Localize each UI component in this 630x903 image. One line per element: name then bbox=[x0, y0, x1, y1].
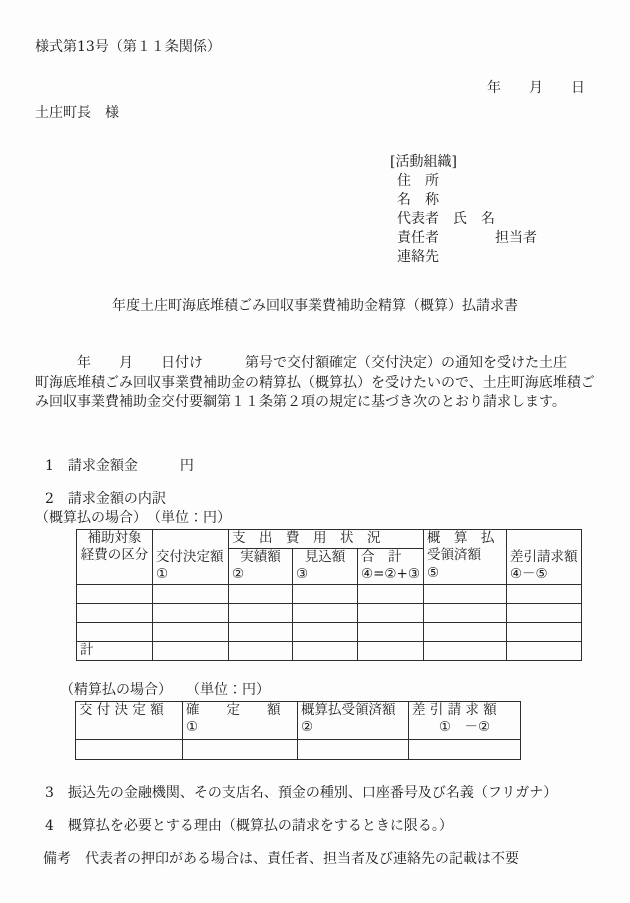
item-4-advance-reason: 4 概算払を必要とする理由（概算払の請求をするときに限る。） bbox=[35, 817, 595, 836]
header2-balance-claim-amount: 差 引 請 求 額① －② bbox=[409, 701, 521, 739]
document-title: 年度土庄町海底堆積ごみ回収事業費補助金精算（概算）払請求書 bbox=[35, 297, 595, 316]
applicant-info-block: [活動組織] 住 所 名 称 代表者 氏 名 責任者 担当者 連絡先 bbox=[390, 153, 595, 267]
addressee: 土庄町長 様 bbox=[35, 104, 595, 123]
total-row-label: 計 bbox=[77, 641, 153, 660]
table-row bbox=[77, 603, 582, 622]
org-line-name: 名 称 bbox=[390, 191, 595, 210]
table1-caption: （概算払の場合） （単位：円） bbox=[35, 509, 595, 527]
org-line-representative: 代表者 氏 名 bbox=[390, 210, 595, 229]
header-actual-amount: 実績額② bbox=[229, 548, 293, 584]
header2-advance-received-amount: 概算払受領済額 ② bbox=[298, 701, 409, 739]
table-row bbox=[77, 622, 582, 641]
date-line: 年 月 日 bbox=[35, 79, 595, 98]
header2-grant-decided-amount: 交 付 決 定 額 bbox=[76, 701, 183, 739]
final-payment-breakdown-table: 交 付 決 定 額 確 定 額 ① 概算払受領済額 ② 差 引 請 求 額① －… bbox=[75, 701, 521, 760]
body-paragraph: 年 月 日付け 第号で交付額確定（交付決定）の通知を受けた土庄 町海底堆積ごみ回… bbox=[35, 354, 595, 413]
org-line-contact: 連絡先 bbox=[390, 248, 595, 267]
form-page: 様式第13号（第１１条関係） 年 月 日 土庄町長 様 [活動組織] 住 所 名… bbox=[0, 0, 630, 903]
table-total-row: 計 bbox=[77, 641, 582, 660]
table2-caption: （精算払の場合） （単位：円） bbox=[35, 681, 595, 699]
item-1-claim-amount: 1 請求金額金 円 bbox=[35, 457, 595, 476]
org-line-manager: 責任者 担当者 bbox=[390, 229, 595, 248]
header2-fixed-amount: 確 定 額 ① bbox=[183, 701, 298, 739]
org-line-address: 住 所 bbox=[390, 172, 595, 191]
header-estimated-amount: 見込額③ bbox=[293, 548, 358, 584]
item-3-bank-info: 3 振込先の金融機関、その支店名、預金の種別、口座番号及び名義（フリガナ） bbox=[35, 784, 595, 803]
header-balance-claim-amount: 差引請求額 ④－⑤ bbox=[506, 529, 581, 584]
table-row bbox=[77, 584, 582, 603]
form-number: 様式第13号（第１１条関係） bbox=[35, 38, 595, 57]
header-expense-category: 補助対象 経費の区分 bbox=[77, 529, 153, 584]
table-row bbox=[76, 739, 521, 759]
item-2-breakdown: 2 請求金額の内訳 bbox=[35, 490, 595, 509]
advance-payment-breakdown-table: 補助対象 経費の区分 交付決定額 ① 支 出 費 用 状 況 概 算 払 受領済… bbox=[76, 529, 582, 661]
header-grant-decided-amount: 交付決定額 ① bbox=[153, 529, 229, 584]
header-total-amount: 合 計 ④=②+③ bbox=[358, 548, 424, 584]
header-advance-received-amount: 概 算 払 受領済額 ⑤ bbox=[423, 529, 506, 584]
header-expenditure-status-group: 支 出 費 用 状 況 bbox=[229, 529, 424, 548]
org-bracket-label: [活動組織] bbox=[390, 153, 595, 172]
remark-note: 備考 代表者の押印がある場合は、責任者、担当者及び連絡先の記載は不要 bbox=[35, 850, 595, 869]
